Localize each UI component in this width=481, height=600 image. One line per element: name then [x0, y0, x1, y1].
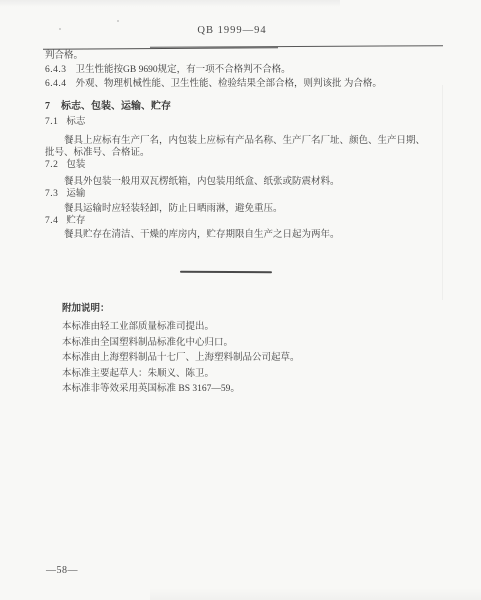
subclause-title: 标志	[66, 117, 85, 127]
clause-text: 卫生性能按GB 9690规定，有一项不合格判不合格。	[76, 65, 291, 75]
subclause-number: 7.1	[45, 116, 58, 128]
continuation-line: 判合格。	[45, 44, 428, 62]
scanned-standard-page: QB 1999—94 判合格。 6.4.3卫生性能按GB 9690规定，有一项不…	[0, 0, 481, 600]
section-number: 7	[45, 100, 50, 113]
subclause-7-2-text: 餐具外包装一般用双瓦楞纸箱，内包装用纸盒、纸张或防震材料。	[45, 176, 428, 188]
appendix-line: 本标准主要起草人：朱顺义、陈卫。	[62, 367, 422, 382]
scan-crease	[442, 85, 443, 300]
scan-speck	[117, 20, 119, 22]
clause-text: 外观、物理机械性能、卫生性能、检验结果全部合格，则判该批 为合格。	[76, 79, 382, 89]
subclause-7-2-heading: 7.2包装	[45, 159, 428, 171]
subclause-7-1-text: 餐具上应标有生产厂名，内包装上应标有产品名称、生产厂名厂址、颜色、生产日期、批号…	[45, 135, 428, 159]
appendix-line: 本标准由全国塑料制品标准化中心归口。	[62, 336, 422, 351]
subclause-7-1-heading: 7.1标志	[45, 116, 428, 128]
clause-number: 6.4.4	[45, 78, 67, 90]
clause-6-4-4: 6.4.4外观、物理机械性能、卫生性能、检验结果全部合格，则判该批 为合格。	[45, 78, 428, 90]
subclause-7-4-text: 餐具贮存在清洁、干燥的库房内，贮存期限自生产之日起为两年。	[45, 229, 428, 241]
section-divider-rule	[180, 271, 272, 273]
subclause-7-3-heading: 7.3运输	[45, 188, 428, 200]
subclause-number: 7.4	[45, 215, 58, 227]
appendix-notes: 附加说明： 本标准由轻工业部质量标准司提出。 本标准由全国塑料制品标准化中心归口…	[62, 302, 422, 397]
subclause-title: 包装	[66, 160, 85, 170]
page-number: —58—	[46, 565, 78, 576]
subclause-number: 7.3	[45, 188, 58, 200]
subclause-7-3-text: 餐具运输时应轻装轻卸，防止日晒雨淋，避免重压。	[45, 203, 428, 215]
subclause-title: 运输	[66, 189, 85, 199]
subclause-number: 7.2	[45, 159, 58, 171]
document-body: 判合格。 6.4.3卫生性能按GB 9690规定，有一项不合格判不合格。 6.4…	[45, 44, 428, 241]
appendix-title: 附加说明：	[62, 302, 422, 317]
clause-number: 6.4.3	[45, 64, 67, 76]
section-7-heading: 7标志、包装、运输、贮存	[45, 100, 428, 113]
appendix-line: 本标准由轻工业部质量标准司提出。	[62, 320, 422, 335]
scan-smudge-bottom	[150, 588, 481, 600]
subclause-title: 贮存	[66, 216, 85, 226]
scan-smudge-top	[0, 0, 340, 7]
clause-6-4-3: 6.4.3卫生性能按GB 9690规定，有一项不合格判不合格。	[45, 64, 428, 76]
appendix-line: 本标准非等效采用英国标准 BS 3167—59。	[62, 382, 422, 397]
standard-code-header: QB 1999—94	[0, 25, 464, 36]
appendix-line: 本标准由上海塑料制品十七厂、上海塑料制品公司起草。	[62, 351, 422, 366]
section-title: 标志、包装、运输、贮存	[61, 101, 171, 112]
appendix-lines: 本标准由轻工业部质量标准司提出。 本标准由全国塑料制品标准化中心归口。 本标准由…	[62, 320, 422, 397]
subclause-7-4-heading: 7.4贮存	[45, 215, 428, 227]
